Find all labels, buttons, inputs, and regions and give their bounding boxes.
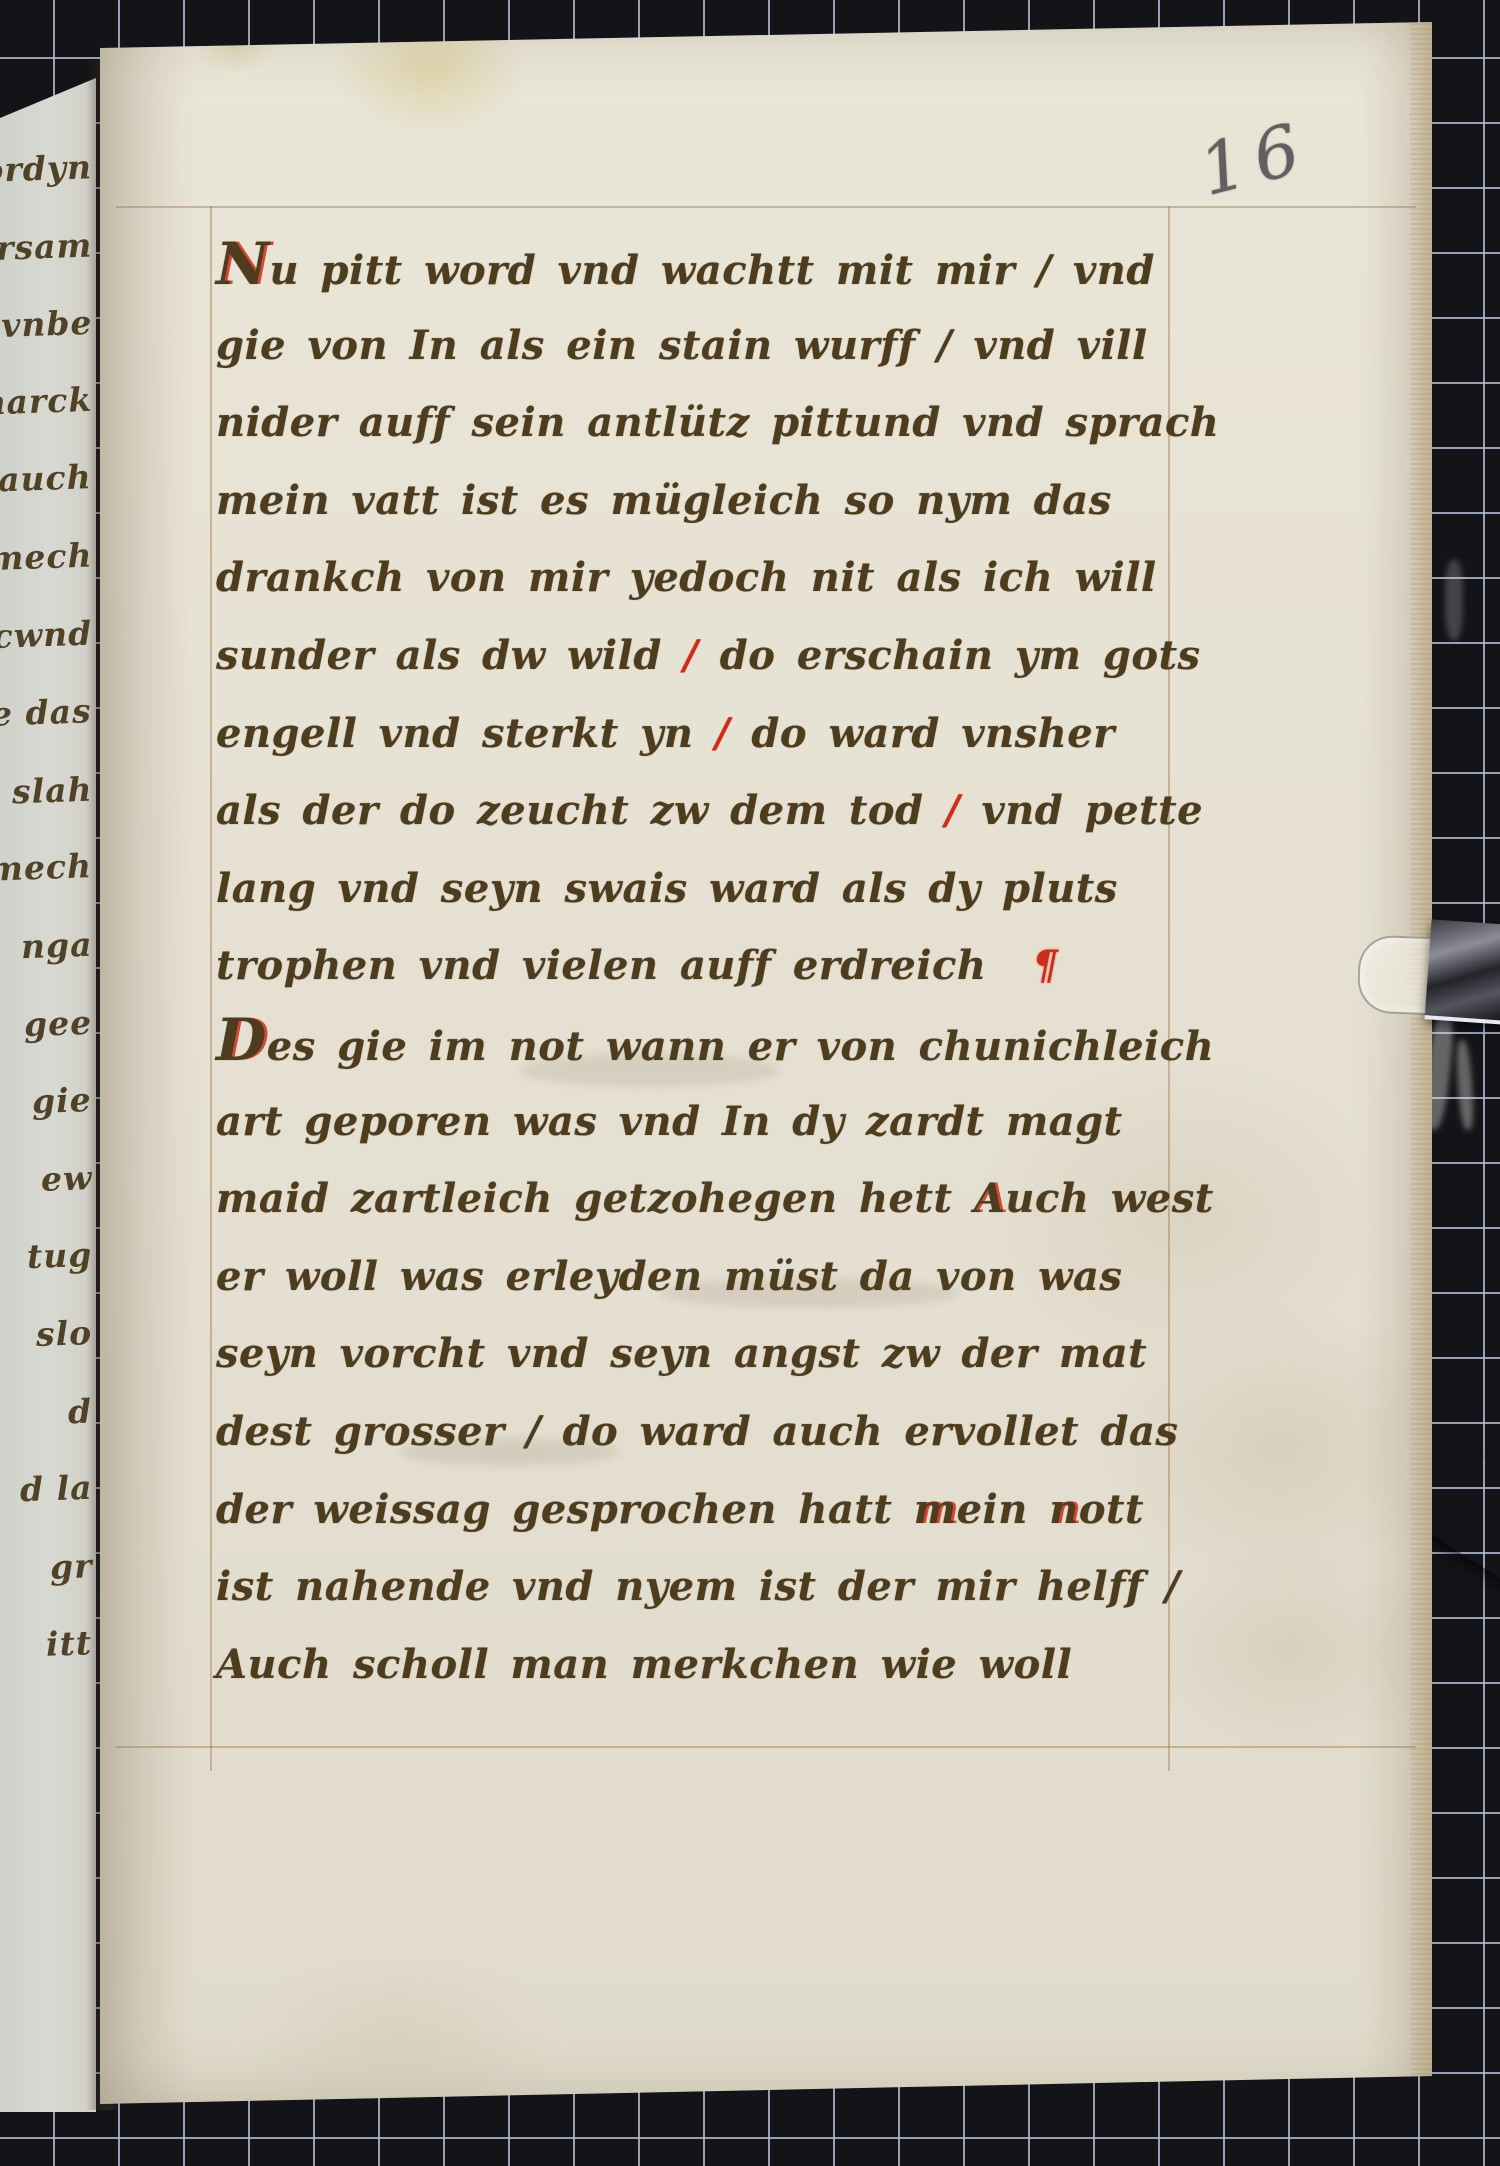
manuscript-line: art geporen was vnd In dy zardt magt <box>216 1098 1123 1176</box>
previous-page-text-fragment: gn marck <box>0 380 93 425</box>
text-segment: trophen vnd vielen auff erdreich <box>216 942 986 989</box>
previous-page-text-fragment: ew <box>40 1158 93 1199</box>
text-segment: nider auff sein antlütz pittund vnd spra… <box>216 399 1219 446</box>
text-segment: ist nahende vnd nyem ist der mir helff / <box>216 1563 1180 1610</box>
rubric-mark: / <box>924 787 982 834</box>
manuscript-line: Nu pitt word vnd wachtt mit mir / vnd <box>216 244 1155 322</box>
manuscript-line: ist nahende vnd nyem ist der mir helff / <box>216 1563 1180 1641</box>
page-fore-edge <box>1410 18 1432 2104</box>
text-segment: engell vnd sterkt yn <box>216 710 693 757</box>
manuscript-line: seyn vorcht vnd seyn angst zw der mat <box>216 1330 1147 1408</box>
manuscript-line: dest grosser / do ward auch ervollet das <box>216 1408 1178 1486</box>
manuscript-line: mein vatt ist es mügleich so nym das <box>216 477 1112 555</box>
text-segment: art geporen was vnd In dy zardt magt <box>216 1098 1123 1145</box>
page-holder-clip-handle <box>1425 919 1500 1024</box>
previous-page-text-fragment: secwnd <box>0 613 93 657</box>
manuscript-line: der weissag gesprochen hatt mein nott <box>216 1486 1144 1564</box>
previous-page-text-fragment: gee <box>23 1002 92 1043</box>
manuscript-line: er woll was erleyden müst da von was <box>216 1253 1122 1331</box>
previous-page-text-fragment: gie <box>32 1080 93 1121</box>
previous-page-text-fragment: old auch <box>0 457 93 502</box>
rubric-mark: / <box>662 632 720 679</box>
text-segment: u pitt word vnd wachtt mit mir / vnd <box>270 247 1155 294</box>
text-segment: ein <box>957 1486 1050 1533</box>
text-segment: der weissag gesprochen hatt <box>216 1486 914 1533</box>
previous-page-text-fragment: tug <box>26 1235 93 1276</box>
previous-page-text-fragment: borsam <box>0 225 93 269</box>
text-segment: Auch scholl man merkchen wie woll <box>216 1641 1072 1688</box>
text-segment: sunder als dw wild <box>216 632 662 679</box>
text-segment: vnd pette <box>981 787 1203 834</box>
manuscript-line: lang vnd seyn swais ward als dy pluts <box>216 865 1118 943</box>
rubric-mark: / <box>693 710 751 757</box>
manuscript-line: engell vnd sterkt yn / do ward vnsher <box>216 710 1115 788</box>
text-segment: drankch von mir yedoch nit als ich will <box>216 554 1157 601</box>
previous-page-text-fragment: e das <box>0 691 93 733</box>
text-segment: m <box>914 1486 957 1533</box>
manuscript-line: gie von In als ein stain wurff / vnd vil… <box>216 322 1148 400</box>
manuscript-line: trophen vnd vielen auff erdreich¶ <box>216 942 1058 1020</box>
previous-page-text-fragment: nga <box>20 925 93 966</box>
previous-page-text-fragment: mech <box>0 847 93 890</box>
rubric-mark: ¶ <box>1032 942 1058 989</box>
text-segment: seyn vorcht vnd seyn angst zw der mat <box>216 1330 1147 1377</box>
previous-page-text-fragment: slo <box>35 1313 92 1354</box>
manuscript-line: Auch scholl man merkchen wie woll <box>216 1641 1072 1719</box>
chalk-mark <box>1445 560 1463 640</box>
text-segment: dest grosser / do ward auch ervollet das <box>216 1408 1178 1455</box>
previous-page-text-fragment: t sordyn <box>0 147 93 192</box>
text-segment: lang vnd seyn swais ward als dy pluts <box>216 865 1118 912</box>
previous-page-text-fragment: slah <box>11 769 93 811</box>
text-segment: es gie im not wann er von chunichleich <box>267 1023 1214 1070</box>
previous-page-text-fragment: x vnbe <box>0 303 93 346</box>
text-segment: ott <box>1079 1486 1144 1533</box>
folio-number: 16 <box>1192 106 1318 212</box>
manuscript-line: nider auff sein antlütz pittund vnd spra… <box>216 399 1219 477</box>
manuscript-page: 16 Nu pitt word vnd wachtt mit mir / vnd… <box>100 18 1432 2104</box>
text-segment: D <box>216 1006 267 1074</box>
previous-page-edge: t sordynborsamx vnbegn marckold auchn me… <box>0 0 96 2112</box>
text-segment: mein vatt ist es mügleich so nym das <box>216 477 1112 524</box>
previous-page-text-fragment: n mech <box>0 536 93 580</box>
text-segment: A <box>974 1175 1006 1222</box>
text-block: Nu pitt word vnd wachtt mit mir / vndgie… <box>216 244 1181 1754</box>
manuscript-line: maid zartleich getzohegen hett Auch west <box>216 1175 1214 1253</box>
text-segment: als der do zeucht zw dem tod <box>216 787 924 834</box>
text-segment: n <box>1049 1486 1079 1533</box>
text-segment: gie von In als ein stain wurff / vnd vil… <box>216 322 1148 369</box>
manuscript-line: drankch von mir yedoch nit als ich will <box>216 554 1157 632</box>
text-segment: do erschain ym gots <box>720 632 1201 679</box>
text-segment: maid zartleich getzohegen hett <box>216 1175 974 1222</box>
text-segment: uch west <box>1005 1175 1213 1222</box>
text-segment: N <box>216 230 270 298</box>
manuscript-line: sunder als dw wild / do erschain ym gots <box>216 632 1201 710</box>
previous-page-text-fragment: d la <box>19 1468 93 1510</box>
text-segment: do ward vnsher <box>751 710 1114 757</box>
manuscript-line: Des gie im not wann er von chunichleich <box>216 1020 1214 1098</box>
text-segment: er woll was erleyden müst da von was <box>216 1253 1122 1300</box>
manuscript-line: als der do zeucht zw dem tod / vnd pette <box>216 787 1203 865</box>
ruling-line-left <box>210 206 212 1771</box>
